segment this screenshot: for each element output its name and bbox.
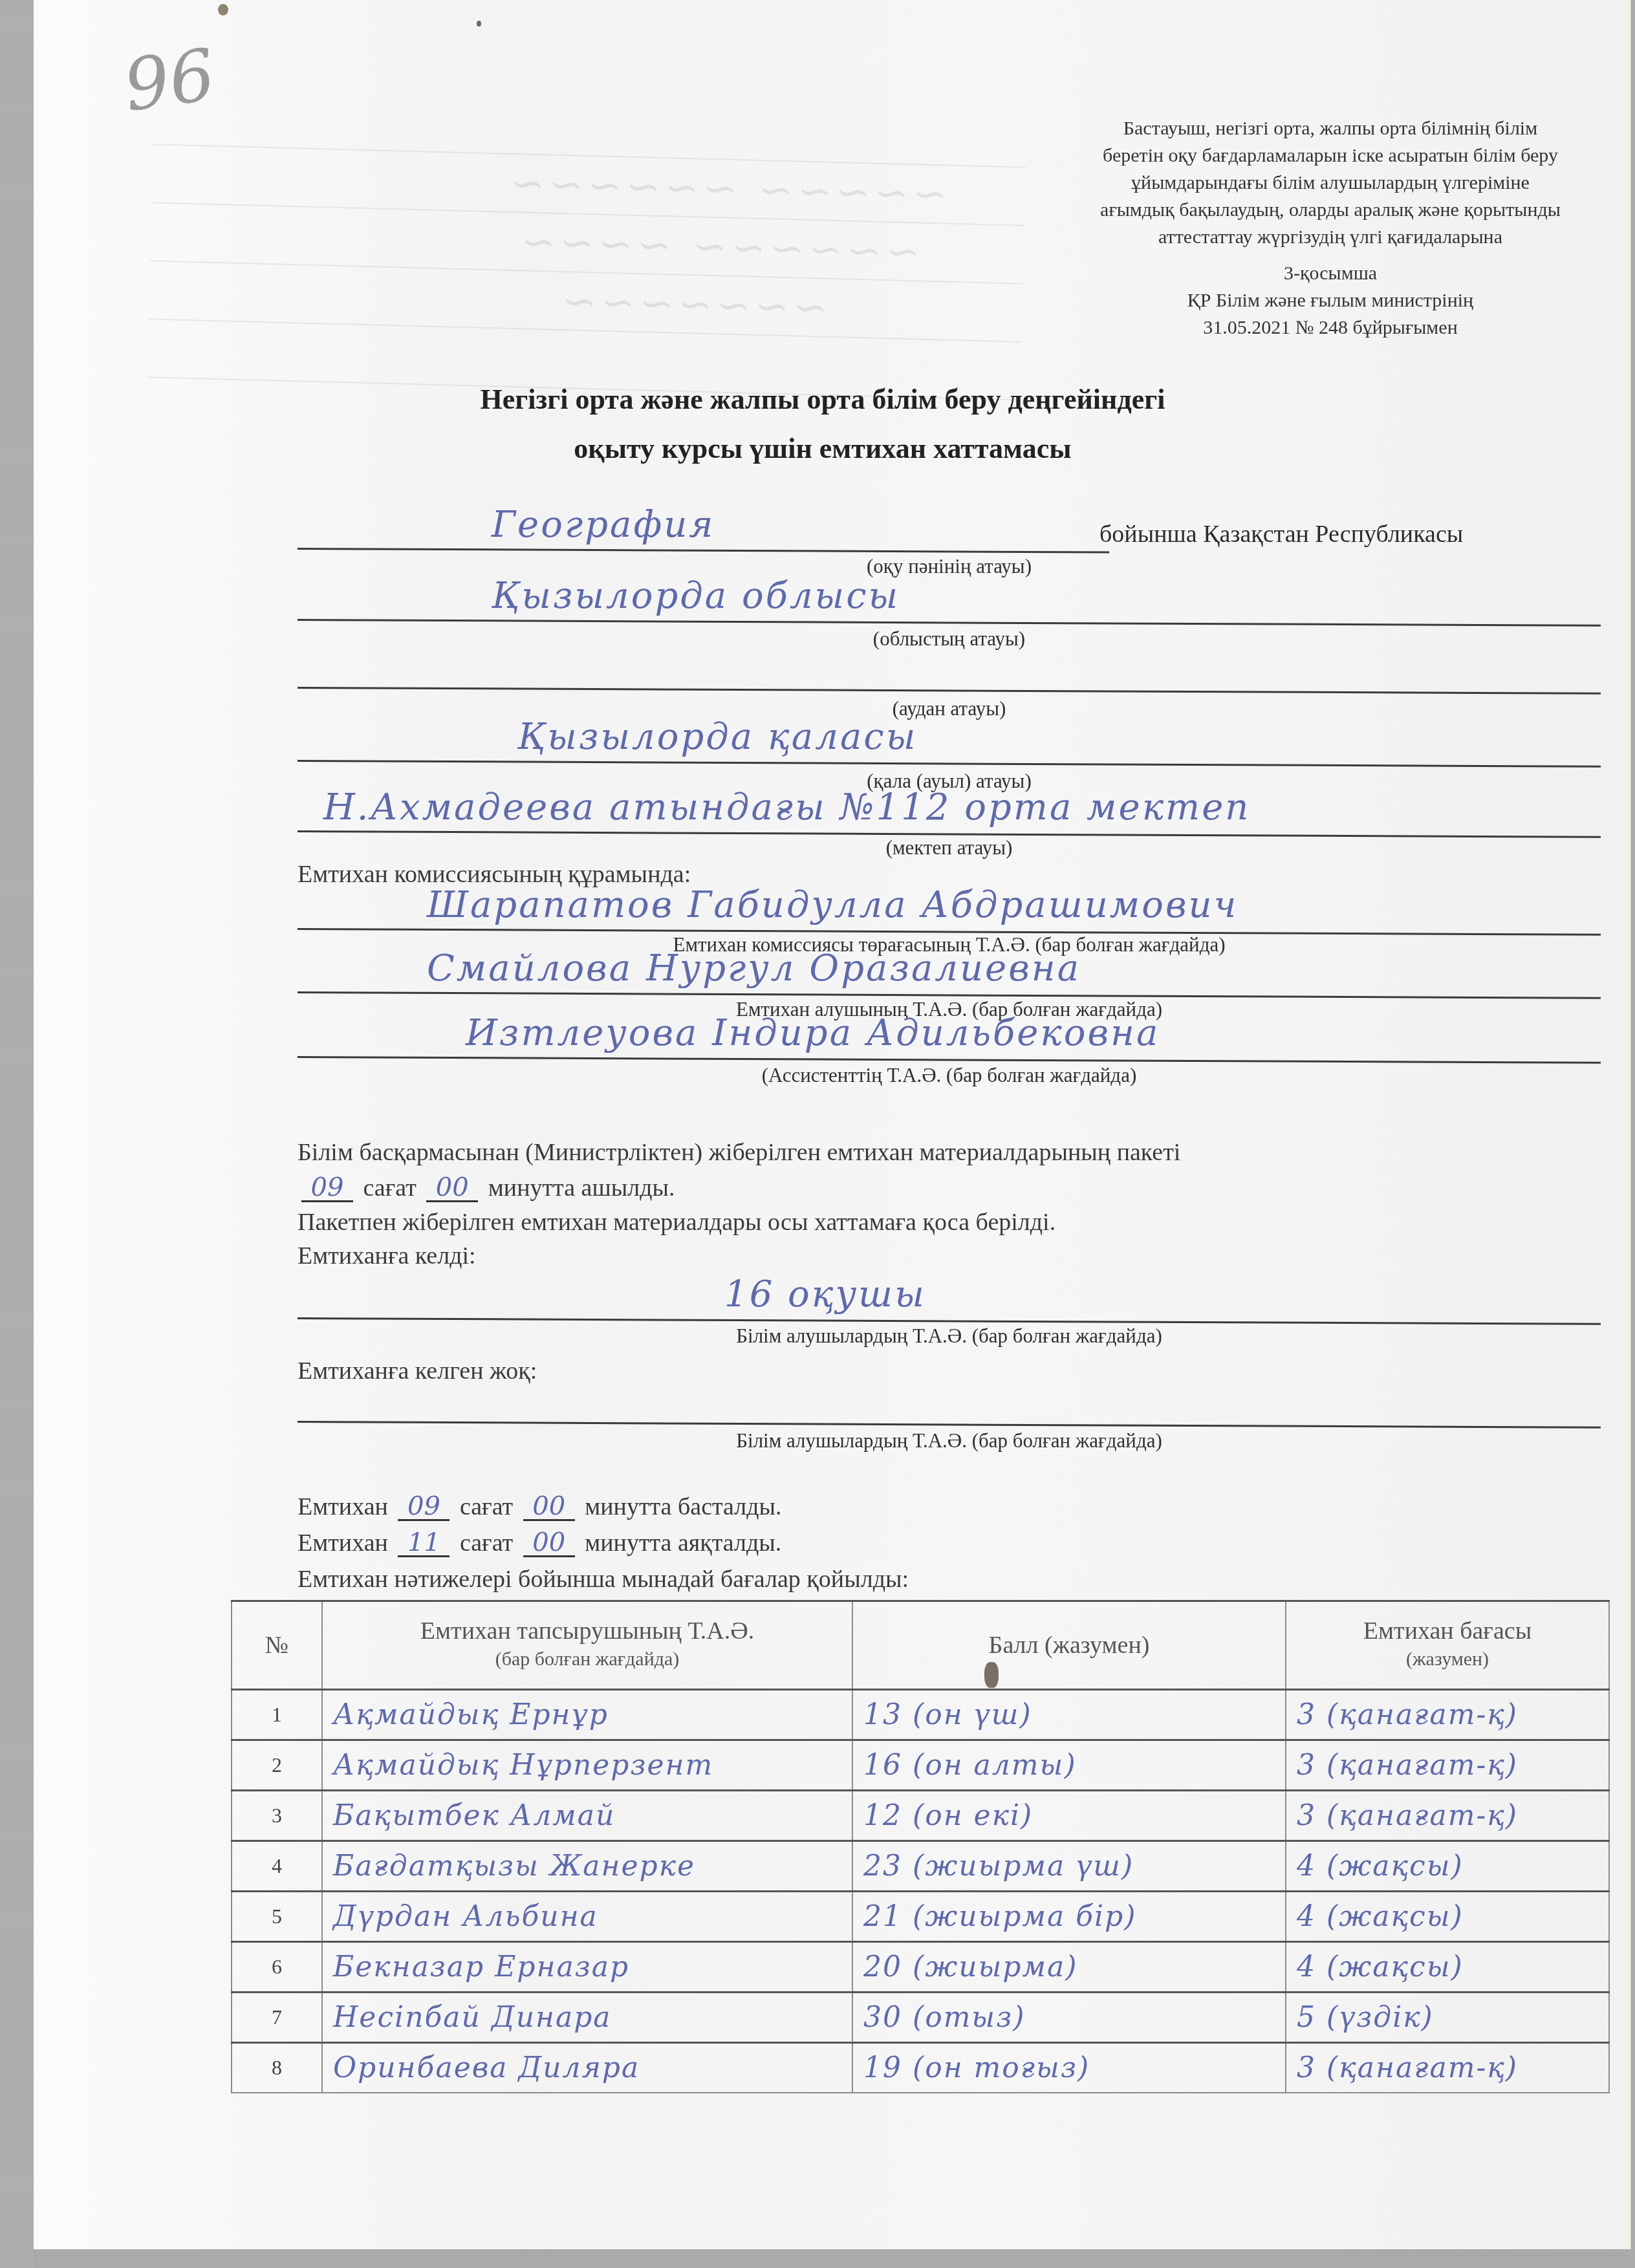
table-row: 6Бекназар Ерназар20 (жиырма)4 (жақсы)	[232, 1942, 1609, 1993]
absent-rule	[298, 1421, 1601, 1429]
student-name: Бекназар Ерназар	[322, 1942, 852, 1993]
appendix-authority: ҚР Білім және ғылым министрінің	[1049, 287, 1612, 314]
row-number: 6	[232, 1942, 322, 1993]
student-name: Ақмайдық Ернұр	[322, 1690, 852, 1740]
handwritten-corner-mark: 96	[119, 33, 220, 127]
appendix-reference: Бастауыш, негізгі орта, жалпы орта білім…	[1049, 115, 1612, 341]
header-num: №	[232, 1601, 322, 1690]
score-in-words: 12 (он екі)	[852, 1791, 1286, 1841]
city-value: Қызылорда қаласы	[517, 716, 917, 758]
exam-start-minute: 00	[523, 1493, 575, 1521]
appendix-line: ұйымдарындағы білім алушылардың үлгерімі…	[1049, 169, 1612, 197]
subject-value: География	[492, 504, 715, 546]
row-number: 1	[232, 1690, 322, 1740]
came-value: 16 оқушы	[724, 1273, 926, 1315]
table-row: 2Ақмайдық Нұрперзент16 (он алты)3 (қанағ…	[232, 1740, 1609, 1791]
examiner-field: Смайлова Нургул Оразалиевна	[298, 942, 1601, 993]
grade-in-words: 4 (жақсы)	[1286, 1942, 1609, 1993]
exam-start-hour: 09	[398, 1493, 449, 1521]
table-row: 3Бақытбек Алмай12 (он екі)3 (қанағат-қ)	[232, 1791, 1609, 1841]
region-field: Қызылорда облысы	[298, 569, 1601, 621]
region-value: Қызылорда облысы	[492, 575, 900, 617]
score-in-words: 20 (жиырма)	[852, 1942, 1286, 1993]
city-rule	[298, 760, 1601, 768]
package-minute-label: минутта ашылды.	[488, 1174, 675, 1202]
package-line: Білім басқармасынан (Министрліктен) жібе…	[298, 1138, 1180, 1167]
appendix-number: 3-қосымша	[1049, 260, 1612, 287]
assistant-caption: (Ассистенттің Т.А.Ә. (бар болған жағдайд…	[298, 1064, 1601, 1087]
student-name: Оринбаева Диляра	[322, 2043, 852, 2093]
student-name: Несіпбай Динара	[322, 1993, 852, 2043]
grade-in-words: 5 (үздік)	[1286, 1993, 1609, 2043]
score-in-words: 13 (он үш)	[852, 1690, 1286, 1740]
appendix-line: аттестаттау жүргізудің үлгі қағидаларына	[1049, 224, 1612, 251]
row-number: 8	[232, 2043, 322, 2093]
score-in-words: 19 (он тоғыз)	[852, 2043, 1286, 2093]
came-label: Емтиханға келді:	[298, 1242, 476, 1270]
student-name: Дүрдан Альбина	[322, 1892, 852, 1942]
header-score: Балл (жазумен)	[852, 1601, 1286, 1690]
package-minute: 00	[426, 1174, 478, 1202]
package-hour-label: сағат	[363, 1174, 417, 1202]
grade-in-words: 3 (қанағат-қ)	[1286, 1791, 1609, 1841]
appendix-order: 31.05.2021 № 248 бұйрығымен	[1049, 314, 1612, 341]
table-row: 5Дүрдан Альбина21 (жиырма бір)4 (жақсы)	[232, 1892, 1609, 1942]
exam-start-prefix: Емтихан	[298, 1493, 388, 1520]
district-field	[298, 637, 1601, 689]
assistant-value: Изтлеуова Індира Адильбековна	[466, 1012, 1160, 1054]
exam-end-hour: 11	[398, 1529, 449, 1557]
student-name: Бағдатқызы Жанерке	[322, 1841, 852, 1892]
row-number: 2	[232, 1740, 322, 1791]
title-line-1: Негізгі орта және жалпы орта білім беру …	[279, 375, 1366, 424]
exam-end-prefix: Емтихан	[298, 1529, 388, 1557]
results-table: № Емтихан тапсырушының Т.А.Ә. (бар болға…	[231, 1600, 1610, 2093]
header-grade-sub: (жазумен)	[1287, 1645, 1608, 1674]
exam-start-hour-label: сағат	[460, 1493, 513, 1520]
examiner-value: Смайлова Нургул Оразалиевна	[427, 947, 1081, 989]
absent-caption: Білім алушылардың Т.А.Ә. (бар болған жағ…	[298, 1429, 1601, 1453]
subject-rule	[298, 548, 1109, 553]
package-hour: 09	[301, 1174, 353, 1202]
table-row: 4Бағдатқызы Жанерке23 (жиырма үш)4 (жақс…	[232, 1841, 1609, 1892]
results-intro: Емтихан нәтижелері бойынша мынадай бағал…	[298, 1565, 909, 1593]
row-number: 5	[232, 1892, 322, 1942]
document-title: Негізгі орта және жалпы орта білім беру …	[279, 375, 1366, 473]
region-rule	[298, 619, 1601, 627]
exam-end-suffix: минутта аяқталды.	[585, 1529, 781, 1557]
chair-value: Шарапатов Габидулла Абдрашимович	[427, 884, 1238, 926]
grade-in-words: 3 (қанағат-қ)	[1286, 1690, 1609, 1740]
chair-field: Шарапатов Габидулла Абдрашимович	[298, 878, 1601, 930]
table-row: 1Ақмайдық Ернұр13 (он үш)3 (қанағат-қ)	[232, 1690, 1609, 1740]
title-line-2: оқыту курсы үшін емтихан хаттамасы	[279, 424, 1366, 473]
student-name: Ақмайдық Нұрперзент	[322, 1740, 852, 1791]
package-attached: Пакетпен жіберілген емтихан материалдары…	[298, 1208, 1056, 1237]
exam-end-minute: 00	[523, 1529, 575, 1557]
came-field: 16 оқушы	[298, 1268, 1601, 1319]
table-row: 8Оринбаева Диляра19 (он тоғыз)3 (қанағат…	[232, 2043, 1609, 2093]
subject-suffix: бойынша Қазақстан Республикасы	[1099, 520, 1463, 548]
header-name: Емтихан тапсырушының Т.А.Ә. (бар болған …	[322, 1601, 852, 1690]
score-in-words: 21 (жиырма бір)	[852, 1892, 1286, 1942]
results-body: 1Ақмайдық Ернұр13 (он үш)3 (қанағат-қ)2А…	[232, 1690, 1609, 2093]
grade-in-words: 4 (жақсы)	[1286, 1841, 1609, 1892]
score-in-words: 30 (отыз)	[852, 1993, 1286, 2043]
district-rule	[298, 687, 1601, 695]
exam-end-line: Емтихан 11 сағат 00 минутта аяқталды.	[298, 1529, 781, 1557]
student-name: Бақытбек Алмай	[322, 1791, 852, 1841]
appendix-line: ағымдық бақылаудың, оларды аралық және қ…	[1049, 197, 1612, 224]
score-in-words: 16 (он алты)	[852, 1740, 1286, 1791]
exam-start-line: Емтихан 09 сағат 00 минутта басталды.	[298, 1493, 782, 1521]
school-value: Н.Ахмадеева атындағы №112 орта мектеп	[323, 786, 1250, 828]
row-number: 4	[232, 1841, 322, 1892]
city-field: Қызылорда қаласы	[298, 710, 1601, 762]
appendix-line: Бастауыш, негізгі орта, жалпы орта білім…	[1049, 115, 1612, 142]
came-caption: Білім алушылардың Т.А.Ә. (бар болған жағ…	[298, 1324, 1601, 1348]
header-grade-label: Емтихан бағасы	[1363, 1617, 1532, 1645]
document-page: ~~~~~ ~~~~~~ ~~~~~~ ~~~~ ~~~~~~~ 96 Баст…	[34, 0, 1631, 2249]
grade-in-words: 3 (қанағат-қ)	[1286, 1740, 1609, 1791]
header-grade: Емтихан бағасы (жазумен)	[1286, 1601, 1609, 1690]
assistant-rule	[298, 1056, 1601, 1064]
appendix-line: беретін оқу бағдарламаларын іске асыраты…	[1049, 142, 1612, 169]
header-name-sub: (бар болған жағдайда)	[323, 1645, 851, 1674]
score-in-words: 23 (жиырма үш)	[852, 1841, 1286, 1892]
grade-in-words: 4 (жақсы)	[1286, 1892, 1609, 1942]
scan-border-left	[0, 0, 34, 2268]
grade-in-words: 3 (қанағат-қ)	[1286, 2043, 1609, 2093]
reverse-side-bleed-through: ~~~~~ ~~~~~~ ~~~~~~ ~~~~ ~~~~~~~	[146, 105, 1026, 412]
header-name-label: Емтихан тапсырушының Т.А.Ә.	[420, 1617, 754, 1645]
package-opened-line: 09 сағат 00 минутта ашылды.	[298, 1174, 675, 1202]
assistant-field: Изтлеуова Індира Адильбековна	[298, 1006, 1601, 1058]
results-header-row: № Емтихан тапсырушының Т.А.Ә. (бар болға…	[232, 1601, 1609, 1690]
exam-start-suffix: минутта басталды.	[585, 1493, 781, 1520]
subject-field: География бойынша Қазақстан Республикасы	[298, 498, 1601, 550]
school-field: Н.Ахмадеева атындағы №112 орта мектеп	[298, 781, 1601, 832]
table-row: 7Несіпбай Динара30 (отыз)5 (үздік)	[232, 1993, 1609, 2043]
absent-field	[298, 1371, 1601, 1423]
row-number: 3	[232, 1791, 322, 1841]
row-number: 7	[232, 1993, 322, 2043]
exam-end-hour-label: сағат	[460, 1529, 513, 1557]
school-caption: (мектеп атауы)	[298, 836, 1601, 859]
scan-border-bottom	[34, 2249, 1635, 2268]
